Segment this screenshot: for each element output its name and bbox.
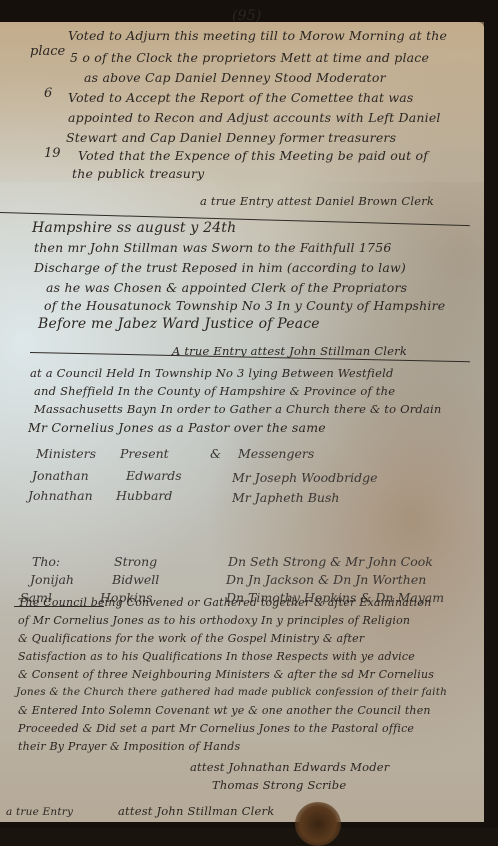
margin-note: 19 (44, 146, 61, 161)
table-cell: Tho: (32, 554, 60, 569)
council-body-line: their By Prayer & Imposition of Hands (18, 740, 240, 753)
minute-line: as above Cap Daniel Denney Stood Moderat… (84, 70, 386, 85)
signature: Thomas Strong Scribe (212, 778, 346, 792)
council-line: and Sheffield In the County of Hampshire… (34, 384, 395, 398)
margin-note: place (30, 44, 65, 59)
table-cell: Dn Seth Strong & Mr John Cook (228, 554, 433, 569)
minute-line: Stewart and Cap Daniel Denney former tre… (66, 130, 396, 145)
table-header: Ministers (36, 446, 96, 461)
table-header: & (210, 446, 221, 461)
attestation: A true Entry attest John Stillman Clerk (172, 344, 407, 358)
minute-line: Voted to Adjurn this meeting till to Mor… (68, 28, 447, 43)
table-cell: Strong (114, 554, 157, 569)
table-cell: Johnathan (28, 488, 93, 503)
council-line: Massachusetts Bayn In order to Gather a … (34, 402, 442, 416)
oath-line: of the Housatunock Township No 3 In y Co… (44, 298, 445, 313)
council-body-line: Jones & the Church there gathered had ma… (16, 686, 447, 698)
minute-line: the publick treasury (72, 166, 204, 181)
council-body-line: Satisfaction as to his Qualifications In… (18, 650, 415, 663)
page-number: (95) (232, 8, 262, 24)
attestation: a true Entry attest Daniel Brown Clerk (200, 194, 434, 208)
table-header: Present (120, 446, 169, 461)
footer-attestation: attest John Stillman Clerk (118, 804, 274, 818)
council-line: at a Council Held In Township No 3 lying… (30, 366, 394, 380)
ink-stain (295, 802, 341, 828)
council-line: Mr Cornelius Jones as a Pastor over the … (28, 420, 326, 435)
table-cell: Edwards (126, 468, 182, 483)
minute-line: 5 o of the Clock the proprietors Mett at… (70, 50, 429, 65)
signature: attest Johnathan Edwards Moder (190, 760, 389, 774)
table-cell: Bidwell (112, 572, 159, 587)
photo-frame: (95) Voted to Adjurn this meeting till t… (0, 0, 498, 828)
council-body-line: of Mr Cornelius Jones as to his orthodox… (18, 614, 410, 627)
table-cell: Dn Jn Jackson & Dn Jn Worthen (226, 572, 426, 587)
table-header: Messengers (238, 446, 314, 461)
table-cell: Hubbard (116, 488, 172, 503)
footer-entry: a true Entry (6, 806, 73, 818)
oath-line: Discharge of the trust Reposed in him (a… (34, 260, 406, 275)
document-page: (95) Voted to Adjurn this meeting till t… (0, 22, 484, 822)
margin-note: 6 (44, 86, 52, 101)
council-body-line: & Consent of three Neighbouring Minister… (18, 668, 434, 681)
council-body-line: Proceeded & Did set a part Mr Cornelius … (18, 722, 414, 735)
table-cell: Mr Japheth Bush (232, 490, 339, 505)
minute-line: appointed to Recon and Adjust accounts w… (68, 110, 441, 125)
oath-line: Before me Jabez Ward Justice of Peace (38, 316, 320, 332)
table-cell: Mr Joseph Woodbridge (232, 470, 378, 485)
oath-line: then mr John Stillman was Sworn to the F… (34, 240, 392, 255)
council-body-line: The Council being Convened or Gathered t… (18, 596, 431, 609)
table-cell: Jonathan (32, 468, 89, 483)
oath-line: Hampshire ss august y 24th (32, 220, 236, 236)
council-body-line: & Qualifications for the work of the Gos… (18, 632, 364, 645)
minute-line: Voted to Accept the Report of the Comett… (68, 90, 414, 105)
council-body-line: & Entered Into Solemn Covenant wt ye & o… (18, 704, 431, 717)
minute-line: Voted that the Expence of this Meeting b… (78, 148, 428, 163)
table-cell: Jonijah (30, 572, 74, 587)
oath-line: as he was Chosen & appointed Clerk of th… (46, 280, 407, 295)
